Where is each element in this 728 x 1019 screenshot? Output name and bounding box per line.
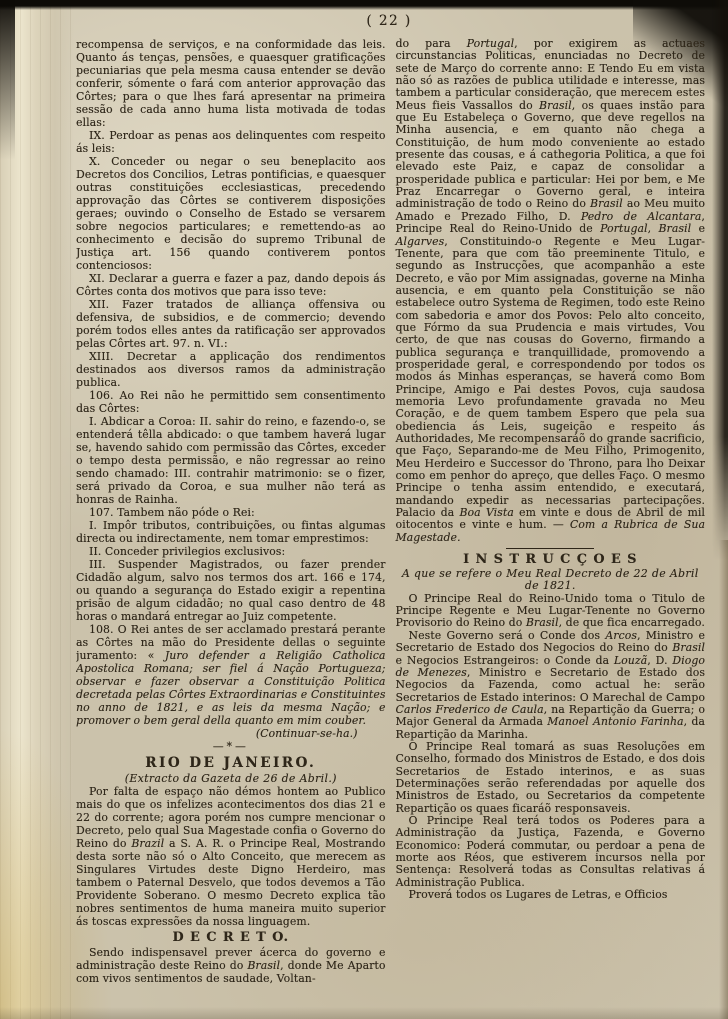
paragraph: XI. Declarar a guerra e fazer a paz, dan… <box>76 272 386 298</box>
paragraph: I. Impôr tributos, contribuições, ou fin… <box>76 519 386 545</box>
paragraph: Por falta de espaço não démos hontem ao … <box>76 785 386 928</box>
paragraph: Sendo indispensavel prever ácerca do gov… <box>76 946 386 985</box>
left-column: recompensa de serviços, e na conformidad… <box>76 38 386 1013</box>
section-subheading: (Extracto da Gazeta de 26 de Abril.) <box>76 772 386 785</box>
paragraph: 108. O Rei antes de ser acclamado presta… <box>76 623 386 727</box>
paragraph: Neste Governo será o Conde dos Arcos, Mi… <box>396 630 706 741</box>
paragraph: Proverá todos os Lugares de Letras, e Of… <box>396 889 706 901</box>
continuation-note: (Continuar-se-ha.) <box>76 727 386 740</box>
paragraph: O Principe Real terá todos os Poderes pa… <box>396 815 706 889</box>
section-heading: D E C R E T O. <box>76 929 386 946</box>
gazette-page: ( 22 ) recompensa de serviços, e na conf… <box>0 0 728 1019</box>
section-heading: RIO DE JANEIRO. <box>76 755 386 772</box>
section-rule <box>506 548 594 549</box>
photo-dark-edge-top <box>0 0 728 10</box>
paragraph: XII. Fazer tratados de alliança offensiv… <box>76 298 386 350</box>
paragraph: O Principe Real do Reino-Unido toma o Ti… <box>396 593 706 630</box>
text-columns: recompensa de serviços, e na conformidad… <box>76 38 705 1013</box>
right-column: do para Portugal, por exigirem as actuae… <box>396 38 706 1013</box>
paragraph: XIII. Decretar a applicação dos rendimen… <box>76 350 386 389</box>
paragraph: IX. Perdoar as penas aos delinquentes co… <box>76 129 386 155</box>
paragraph: 107. Tambem não póde o Rei: <box>76 506 386 519</box>
divider-ornament: —*— <box>76 741 386 753</box>
section-heading: I N S T R U C Ç O E S <box>396 551 706 568</box>
paragraph: O Principe Real tomará as suas Resoluçõe… <box>396 741 706 815</box>
paragraph: II. Conceder privilegios exclusivos: <box>76 545 386 558</box>
page-number: ( 22 ) <box>60 13 718 29</box>
paragraph: X. Conceder ou negar o seu beneplacito a… <box>76 155 386 272</box>
paragraph: I. Abdicar a Coroa: II. sahir do reino, … <box>76 415 386 506</box>
section-subheading: A que se refere o Meu Real Decreto de 22… <box>396 568 706 593</box>
paragraph: III. Suspender Magistrados, ou fazer pre… <box>76 558 386 623</box>
paragraph: recompensa de serviços, e na conformidad… <box>76 38 386 129</box>
photo-dark-edge-left <box>0 0 15 160</box>
paragraph: do para Portugal, por exigirem as actuae… <box>396 38 706 544</box>
paragraph: 106. Ao Rei não he permittido sem consen… <box>76 389 386 415</box>
photo-dark-edge-right <box>712 0 728 560</box>
page-edge-shadow-right <box>719 540 728 1019</box>
